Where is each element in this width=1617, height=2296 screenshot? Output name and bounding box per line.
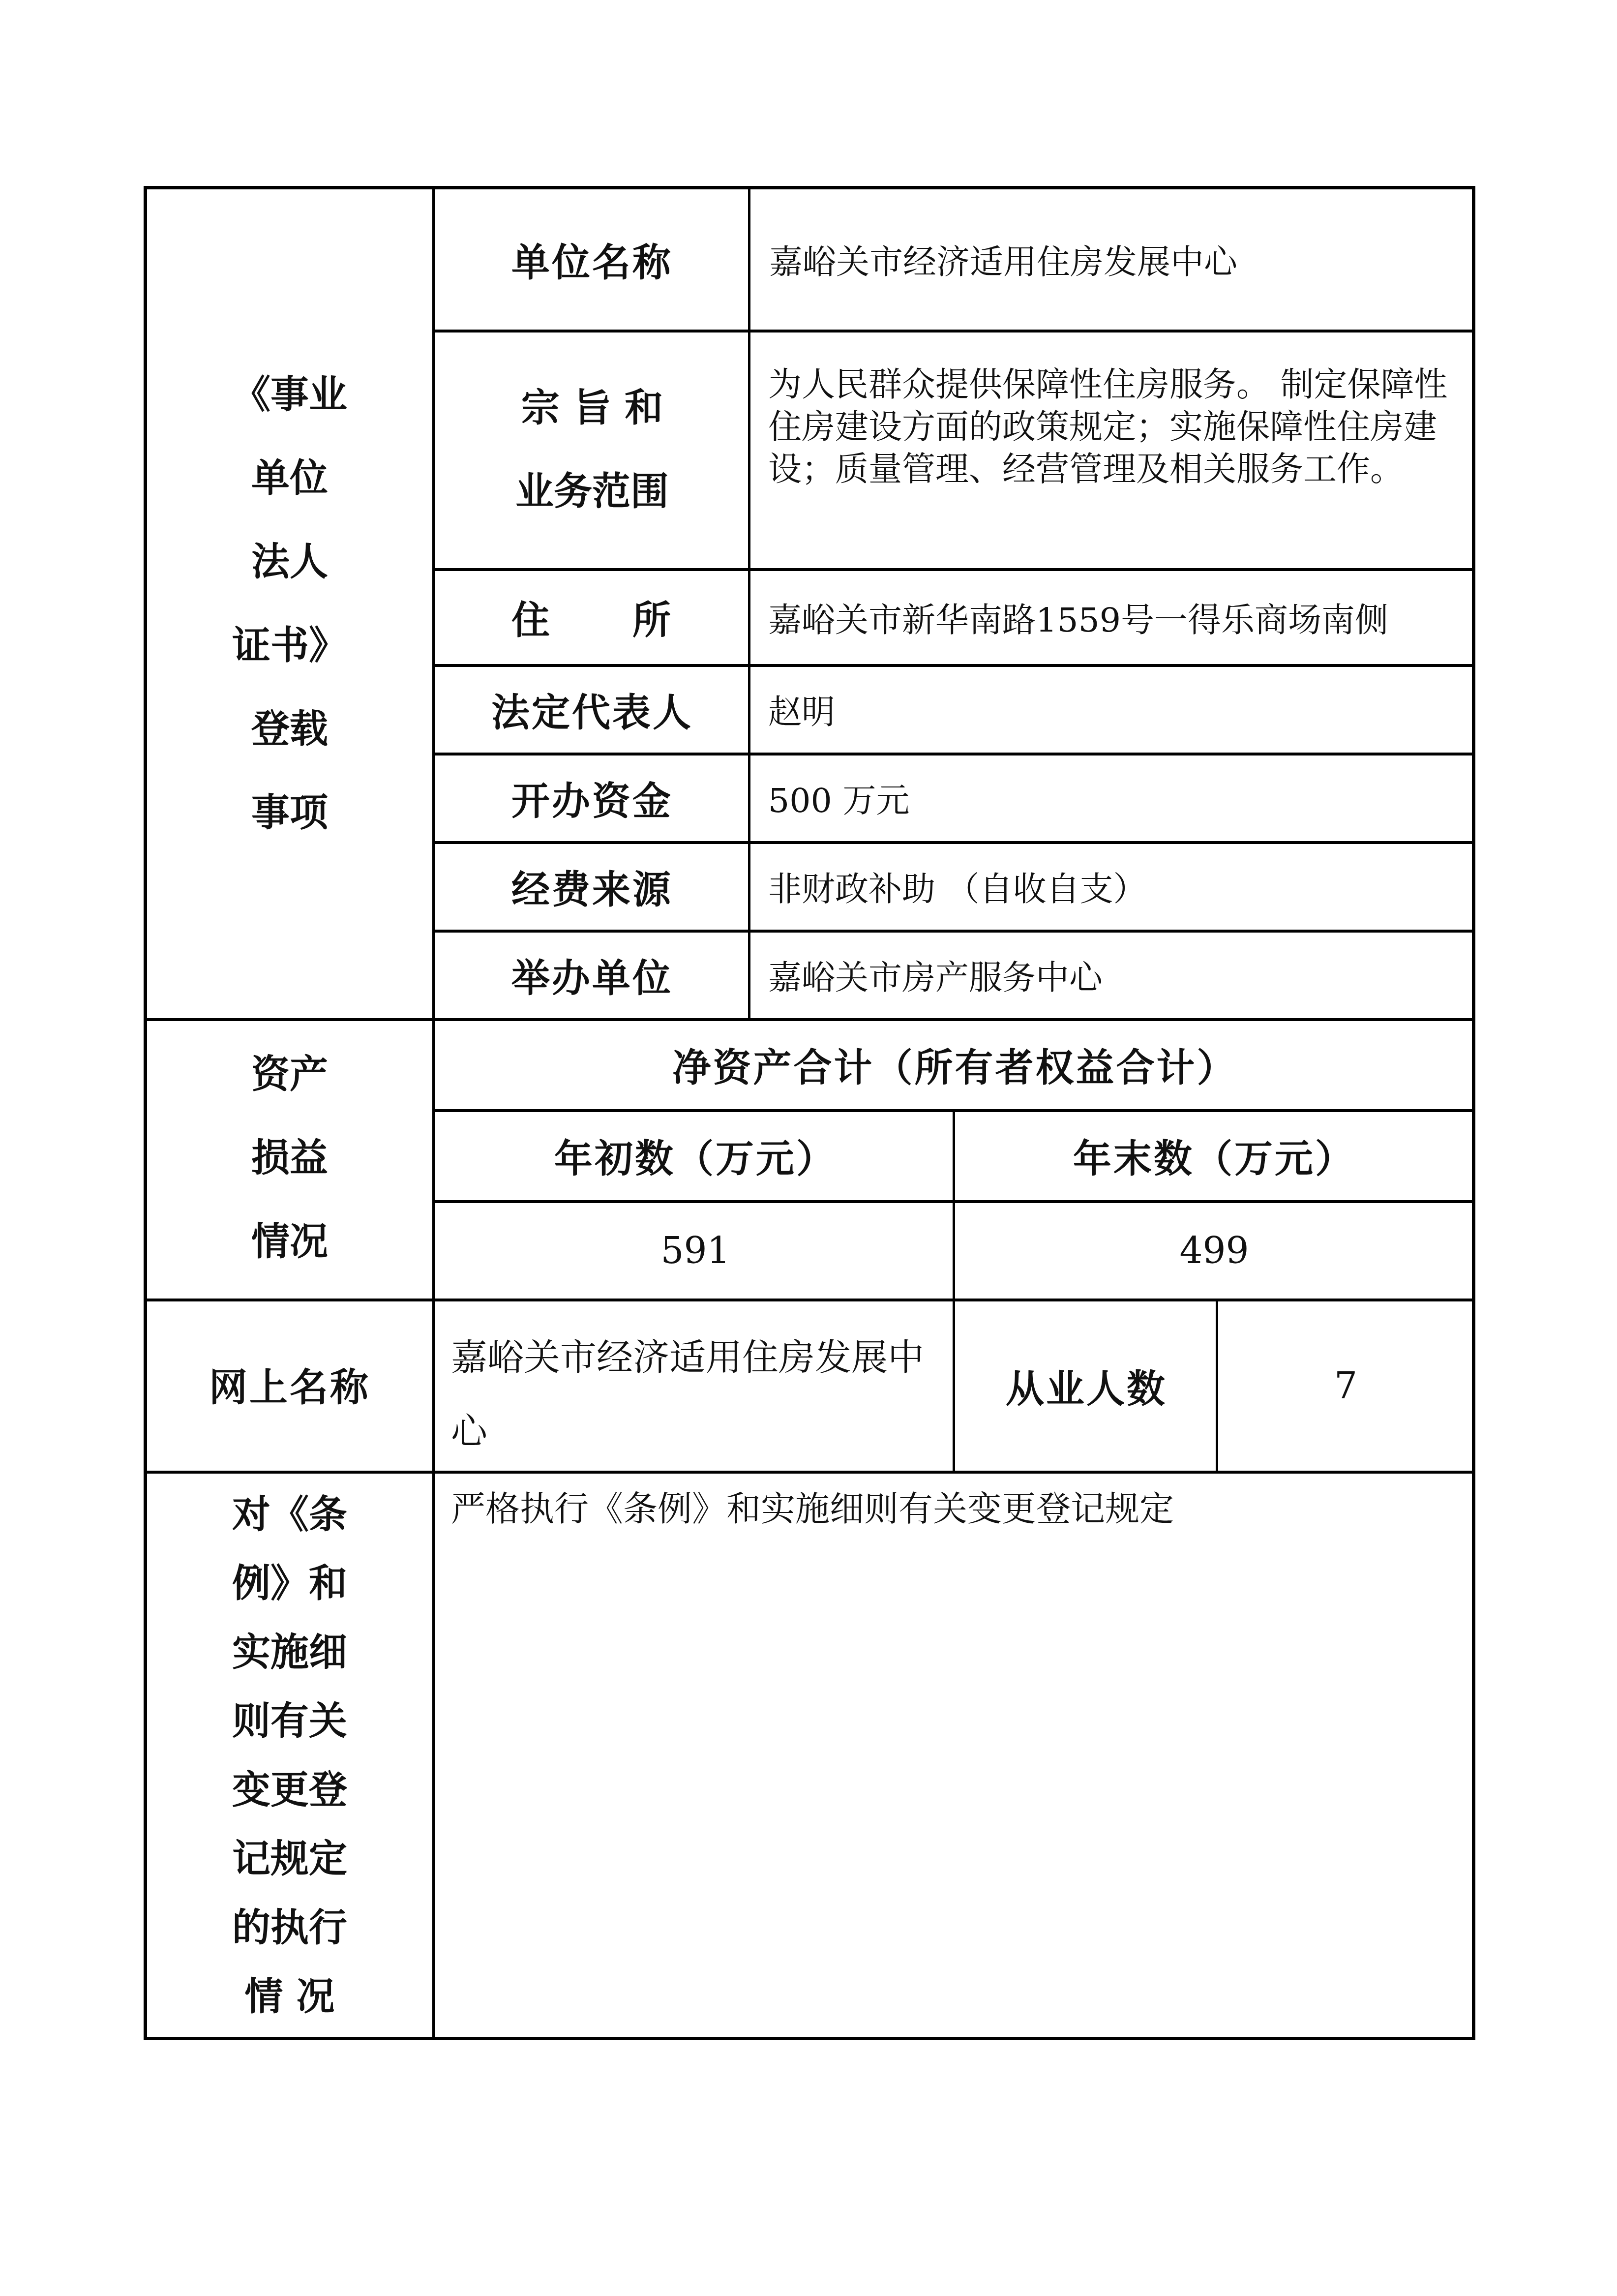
divider (953, 1109, 955, 1473)
divider (432, 330, 1475, 332)
row-value-purpose: 为人民群众提供保障性住房服务。 制定保障性住房建设方面的政策规定；实施保障性住房… (754, 332, 1472, 568)
label-line: 情况 (251, 1200, 328, 1284)
divider (432, 930, 1475, 933)
row-value-sponsor: 嘉峪关市房产服务中心 (754, 932, 1472, 1018)
online-name-label: 网上名称 (147, 1299, 432, 1471)
row-label-funding: 经费来源 (437, 844, 747, 930)
row-value-legal-rep: 赵明 (754, 666, 1472, 753)
label-line: 法人 (251, 520, 328, 604)
row-value-address: 嘉峪关市新华南路1559号一得乐商场南侧 (754, 571, 1472, 664)
label-line: 例》和 (232, 1549, 347, 1618)
online-name-value: 嘉峪关市经济适用住房发展中心 (437, 1301, 954, 1471)
divider (147, 1018, 1475, 1021)
label-line: 对《条 (232, 1480, 347, 1549)
divider (432, 189, 435, 2040)
divider (147, 1471, 1475, 1474)
row-label-legal-rep: 法定代表人 (437, 666, 747, 753)
divider (748, 189, 750, 1021)
label-line: 业务范围 (515, 450, 669, 534)
compliance-value: 严格执行《条例》和实施细则有关变更登记规定 (437, 1473, 1472, 2039)
divider (432, 841, 1475, 844)
divider (432, 664, 1475, 667)
divider (432, 568, 1475, 571)
row-value-capital: 500 万元 (754, 755, 1472, 841)
label-line: 证书》 (232, 604, 347, 688)
label-line: 损益 (251, 1117, 328, 1200)
label-line: 情 况 (244, 1963, 334, 2031)
net-assets-header: 净资产合计（所有者权益合计） (437, 1021, 1472, 1109)
staff-count-value: 7 (1219, 1301, 1472, 1471)
row-label-sponsor: 举办单位 (437, 932, 747, 1018)
registration-table: 《事业 单位 法人 证书》 登载 事项 资产 损益 情况 网上名称 对《条 例》… (144, 186, 1475, 2040)
label-line: 实施细 (232, 1618, 347, 1687)
divider (432, 753, 1475, 755)
staff-count-label: 从业人数 (956, 1301, 1217, 1471)
label-line: 事项 (251, 771, 328, 855)
year-start-header: 年初数（万元） (437, 1112, 954, 1200)
divider (147, 1299, 1475, 1301)
row-label-address: 住 所 (437, 571, 747, 664)
label-line: 变更登 (232, 1756, 347, 1825)
row-value-unit-name: 嘉峪关市经济适用住房发展中心 (754, 189, 1472, 330)
label-line: 宗 旨 和 (521, 366, 663, 450)
divider (432, 1200, 1475, 1203)
section-label-compliance: 对《条 例》和 实施细 则有关 变更登 记规定 的执行 情 况 (147, 1471, 432, 2040)
section-label-assets: 资产 损益 情况 (147, 1018, 432, 1299)
year-end-header: 年末数（万元） (956, 1112, 1472, 1200)
label-line: 登载 (251, 688, 328, 771)
row-value-funding: 非财政补助 （自收自支） (754, 844, 1472, 930)
label-line: 资产 (251, 1033, 328, 1117)
divider (432, 1109, 1475, 1112)
label-line: 单位 (251, 437, 328, 520)
section-label-registration: 《事业 单位 法人 证书》 登载 事项 (147, 189, 432, 1018)
label-line: 记规定 (232, 1825, 347, 1894)
label-line: 则有关 (232, 1687, 347, 1756)
label-line: 《事业 (232, 353, 347, 437)
document-page: 《事业 单位 法人 证书》 登载 事项 资产 损益 情况 网上名称 对《条 例》… (0, 0, 1617, 2296)
label-line: 的执行 (232, 1894, 347, 1963)
row-label-unit-name: 单位名称 (437, 189, 747, 330)
divider (1216, 1299, 1218, 1473)
year-end-value: 499 (956, 1203, 1472, 1299)
row-label-capital: 开办资金 (437, 755, 747, 841)
row-label-purpose: 宗 旨 和 业务范围 (437, 332, 747, 568)
year-start-value: 591 (437, 1203, 954, 1299)
